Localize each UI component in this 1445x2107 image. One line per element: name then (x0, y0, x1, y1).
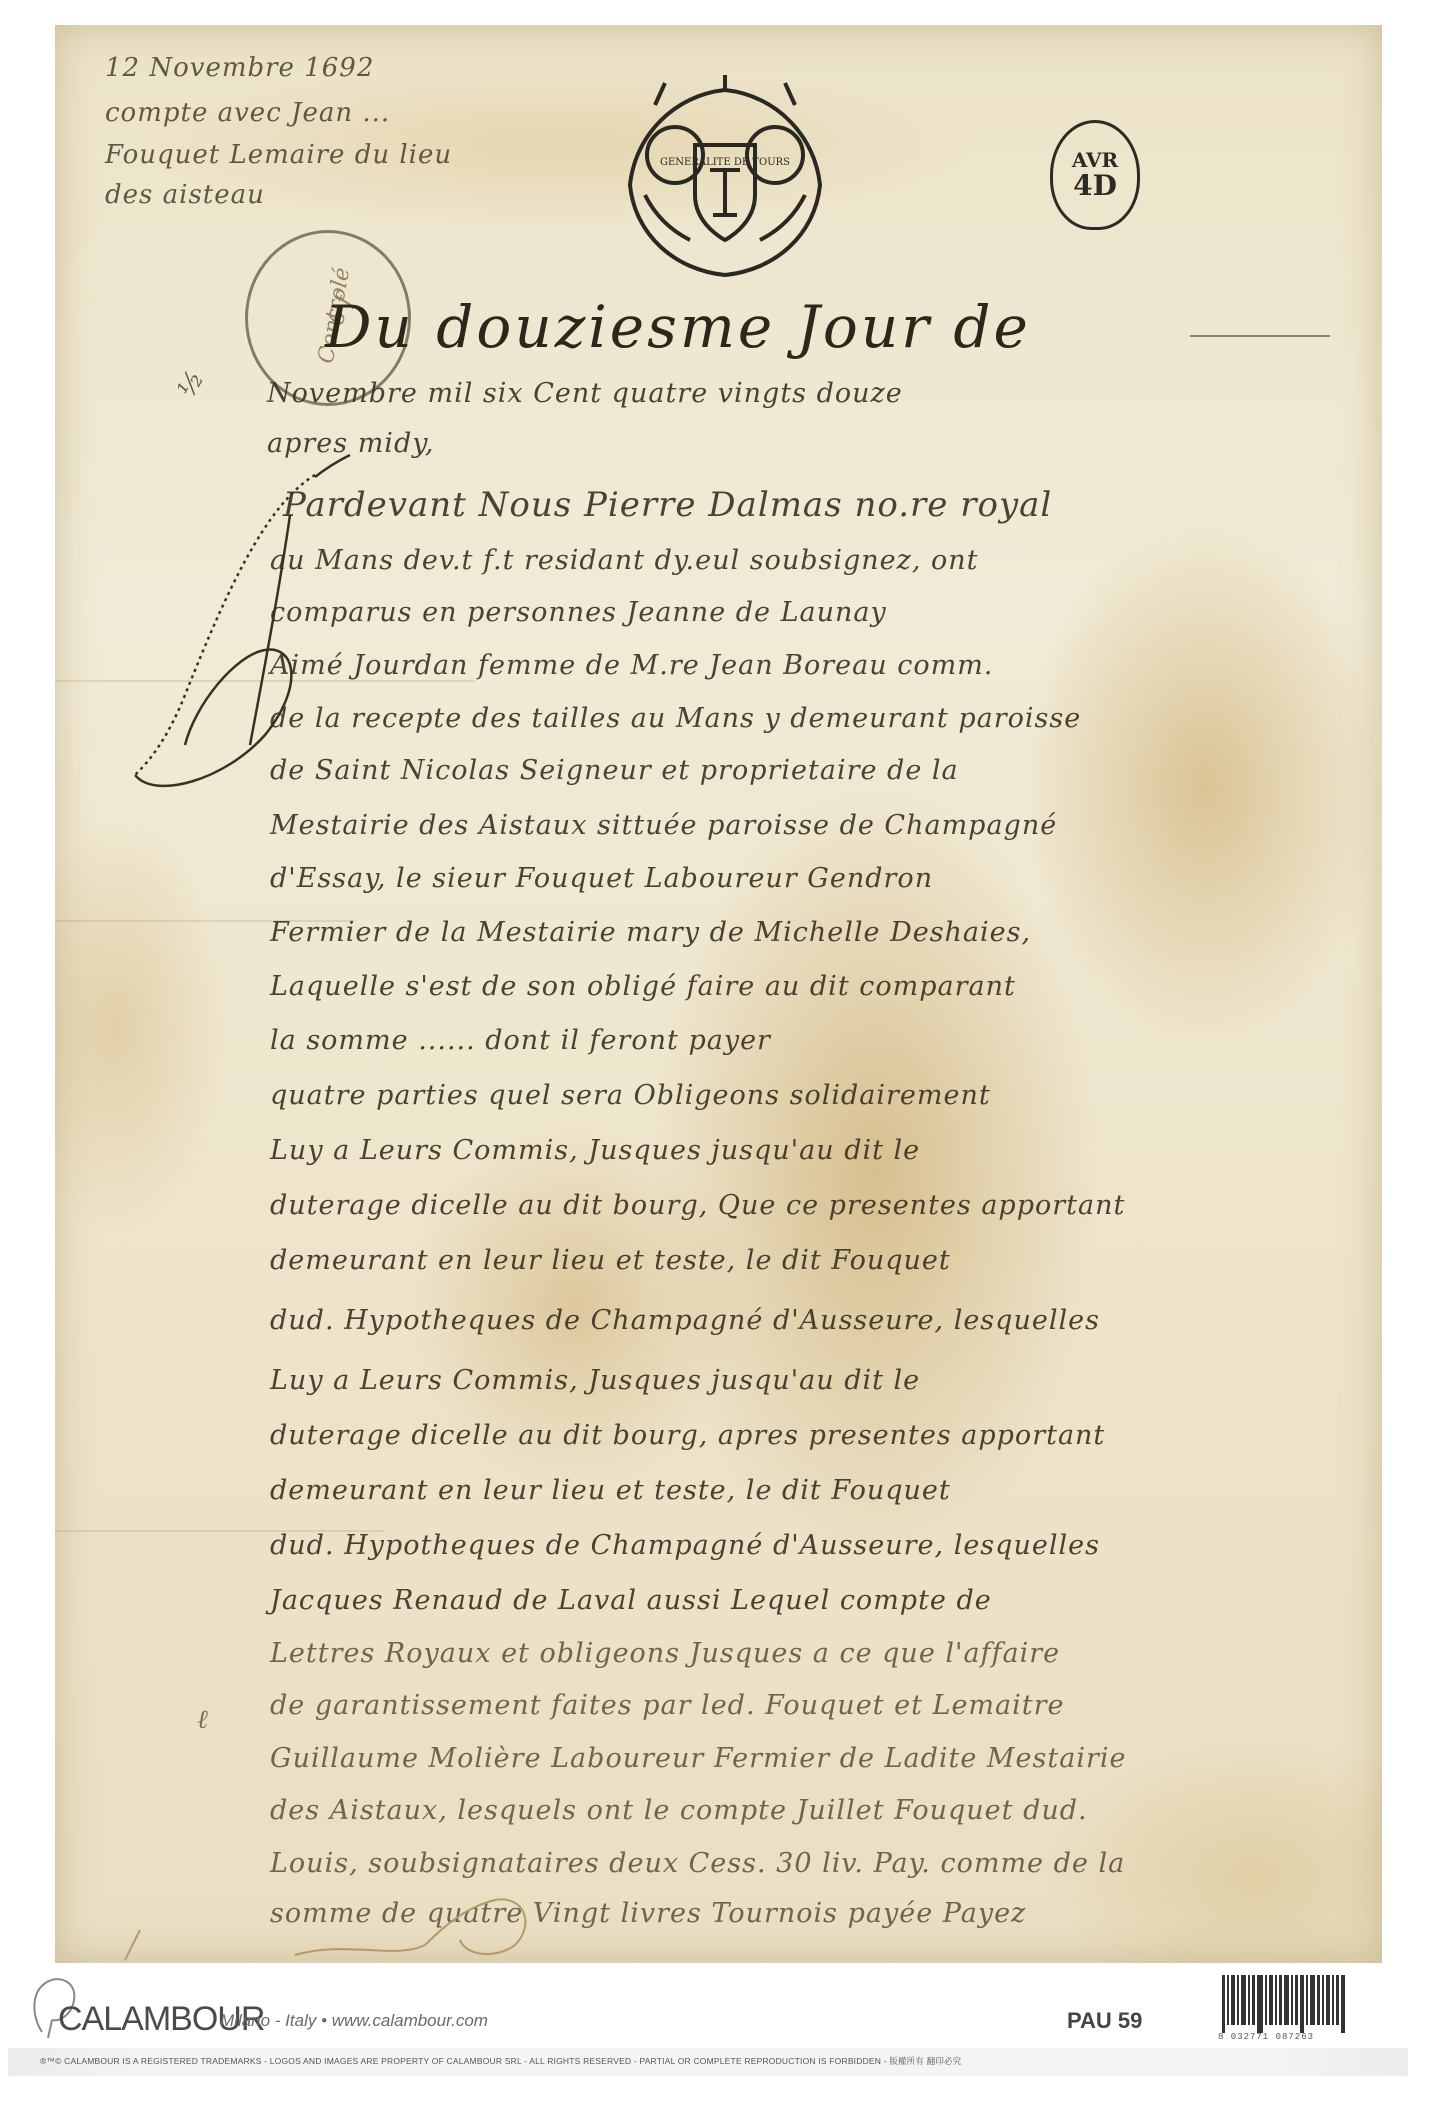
margin-note-line: 12 Novembre 1692 (105, 53, 374, 83)
margin-note-line: Fouquet Lemaire du lieu (105, 140, 452, 170)
seal-line: AVR (1072, 149, 1118, 171)
margin-note-line: compte avec Jean ... (105, 98, 390, 128)
body-line: Guillaume Molière Laboureur Fermier de L… (270, 1743, 1126, 1774)
margin-note-line: des aisteau (105, 180, 265, 210)
svg-text:GENERALITE DE TOURS: GENERALITE DE TOURS (660, 157, 790, 168)
margin-mark: ½ (172, 365, 211, 403)
body-line: de garantissement faites par led. Fouque… (270, 1690, 1065, 1721)
margin-mark: ℓ (197, 1705, 209, 1735)
body-line: apres midy, (267, 428, 434, 459)
body-line: Jacques Renaud de Laval aussi Lequel com… (270, 1585, 992, 1616)
body-line: Aimé Jourdan femme de M.re Jean Boreau c… (270, 650, 993, 681)
body-line: de Saint Nicolas Seigneur et proprietair… (270, 755, 959, 786)
body-line: duterage dicelle au dit bourg, apres pre… (270, 1420, 1105, 1451)
barcode-digits: 8 032771 087263 (1218, 2032, 1314, 2042)
barcode-icon (1222, 1975, 1384, 2035)
body-line: demeurant en leur lieu et teste, le dit … (270, 1245, 951, 1276)
product-code: PAU 59 (1067, 2008, 1142, 2034)
body-line: Novembre mil six Cent quatre vingts douz… (267, 378, 903, 409)
seal-line: 4D (1073, 171, 1117, 202)
body-line: au Mans dev.t f.t residant dy.eul soubsi… (270, 545, 979, 576)
tax-stamp-seal-icon: AVR 4D (1050, 120, 1140, 230)
body-line: Luy a Leurs Commis, Jusques jusqu'au dit… (270, 1135, 920, 1166)
body-line: Luy a Leurs Commis, Jusques jusqu'au dit… (270, 1365, 920, 1396)
body-line: des Aistaux, lesquels ont le compte Juil… (270, 1795, 1088, 1826)
body-line: la somme ...... dont il feront payer (270, 1025, 771, 1056)
body-line: de la recepte des tailles au Mans y deme… (270, 703, 1081, 734)
body-line: Louis, soubsignataires deux Cess. 30 liv… (270, 1848, 1125, 1879)
body-line: Mestairie des Aistaux sittuée paroisse d… (270, 810, 1057, 841)
body-line: dud. Hypotheques de Champagné d'Ausseure… (270, 1305, 1100, 1336)
body-line: Pardevant Nous Pierre Dalmas no.re royal (283, 485, 1052, 525)
body-line: d'Essay, le sieur Fouquet Laboureur Gend… (270, 863, 933, 894)
brand-location-website: Milano - Italy • www.calambour.com (220, 2011, 488, 2031)
body-line: Lettres Royaux et obligeons Jusques a ce… (270, 1638, 1060, 1669)
parchment-document: 12 Novembre 1692 compte avec Jean ... Fo… (55, 25, 1382, 1963)
body-line: Fermier de la Mestairie mary de Michelle… (270, 917, 1031, 948)
body-line: comparus en personnes Jeanne de Launay (270, 597, 887, 628)
line-fill-rule (1190, 335, 1330, 337)
document-heading: Du douziesme Jour de (325, 293, 1031, 361)
coat-of-arms-seal-icon: GENERALITE DE TOURS (615, 75, 835, 285)
signature-flourish-icon (115, 1885, 615, 1965)
body-line: Laquelle s'est de son obligé faire au di… (270, 971, 1016, 1002)
body-line: duterage dicelle au dit bourg, Que ce pr… (270, 1190, 1125, 1221)
body-line: dud. Hypotheques de Champagné d'Ausseure… (270, 1530, 1100, 1561)
copyright-notice: ®™© CALAMBOUR IS A REGISTERED TRADEMARKS… (40, 2055, 961, 2067)
body-line: quatre parties quel sera Obligeons solid… (270, 1080, 991, 1111)
body-line: demeurant en leur lieu et teste, le dit … (270, 1475, 951, 1506)
